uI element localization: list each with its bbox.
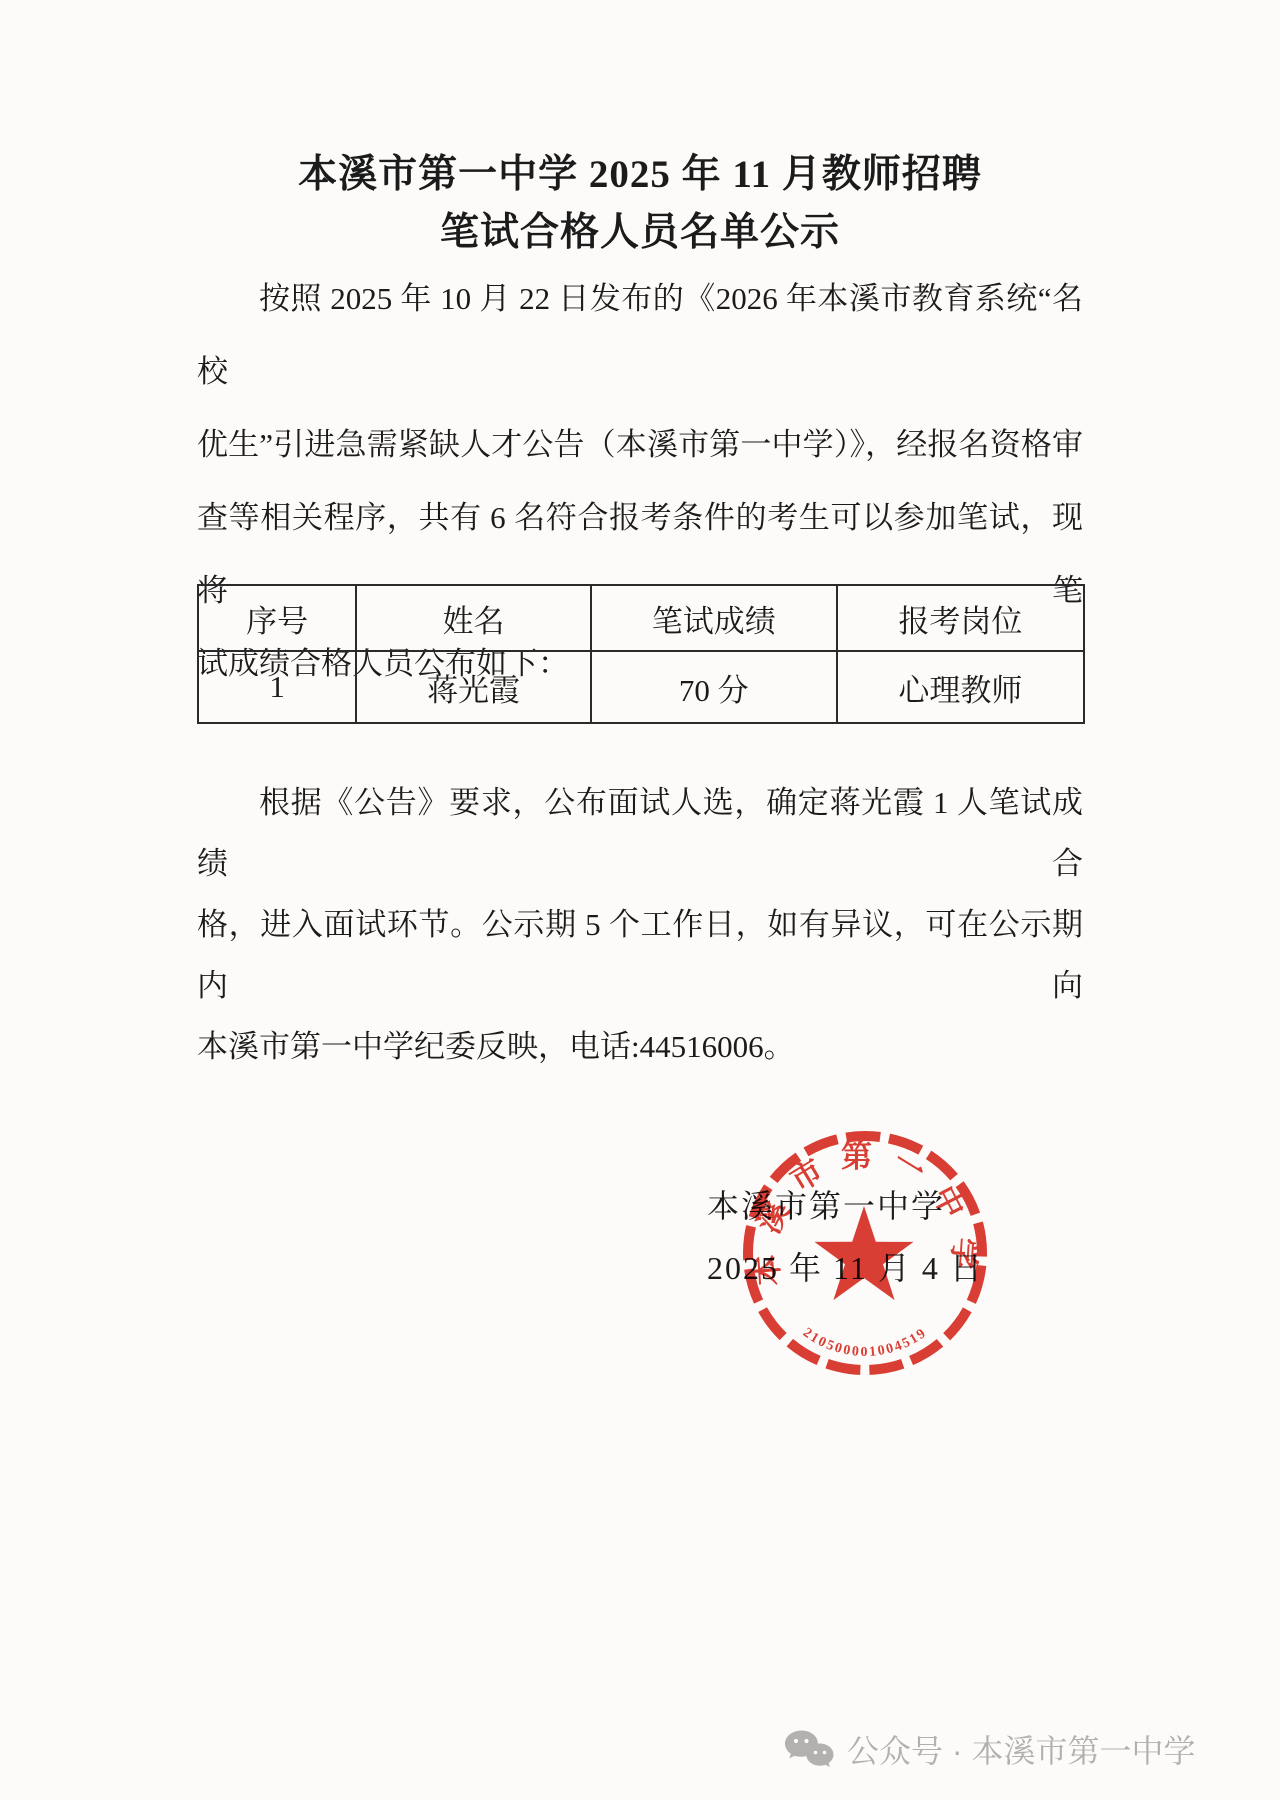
paragraph-line: 格，进入面试环节。公示期 5 个工作日，如有异议，可在公示期内向 xyxy=(197,894,1083,1016)
wechat-icon xyxy=(784,1729,834,1769)
document-title: 本溪市第一中学 2025 年 11 月教师招聘 笔试合格人员名单公示 xyxy=(197,146,1083,262)
table-row: 1 蒋光霞 70 分 心理教师 xyxy=(198,651,1084,723)
seal-star-icon xyxy=(815,1206,914,1300)
header-name: 姓名 xyxy=(356,585,590,651)
wechat-watermark: 公众号 · 本溪市第一中学 xyxy=(784,1728,1195,1770)
title-line-2: 笔试合格人员名单公示 xyxy=(197,204,1083,262)
title-line-1: 本溪市第一中学 2025 年 11 月教师招聘 xyxy=(197,146,1083,204)
table-header-row: 序号 姓名 笔试成绩 报考岗位 xyxy=(198,585,1084,651)
official-seal: 本溪市第一中学 210500001004519 xyxy=(736,1124,994,1382)
paragraph-line: 按照 2025 年 10 月 22 日发布的《2026 年本溪市教育系统“名校 xyxy=(197,262,1083,408)
wechat-watermark-label: 公众号 · 本溪市第一中学 xyxy=(847,1726,1195,1772)
closing-paragraph: 根据《公告》要求，公布面试人选，确定蒋光霞 1 人笔试成绩合 格，进入面试环节。… xyxy=(197,772,1083,1077)
cell-position: 心理教师 xyxy=(837,651,1084,723)
cell-serial: 1 xyxy=(198,651,356,723)
results-table: 序号 姓名 笔试成绩 报考岗位 1 蒋光霞 70 分 心理教师 xyxy=(197,584,1085,724)
cell-name: 蒋光霞 xyxy=(356,651,590,723)
seal-serial-number: 210500001004519 xyxy=(800,1325,930,1360)
announcement-document: 本溪市第一中学 2025 年 11 月教师招聘 笔试合格人员名单公示 按照 20… xyxy=(0,0,1280,1800)
paragraph-line: 优生”引进急需紧缺人才公告（本溪市第一中学）》，经报名资格审 xyxy=(197,408,1083,481)
paragraph-line: 根据《公告》要求，公布面试人选，确定蒋光霞 1 人笔试成绩合 xyxy=(197,772,1083,894)
paragraph-line: 本溪市第一中学纪委反映，电话:44516006。 xyxy=(197,1016,1083,1077)
cell-score: 70 分 xyxy=(591,651,837,723)
header-score: 笔试成绩 xyxy=(591,585,837,651)
header-serial: 序号 xyxy=(198,585,356,651)
header-position: 报考岗位 xyxy=(837,585,1084,651)
